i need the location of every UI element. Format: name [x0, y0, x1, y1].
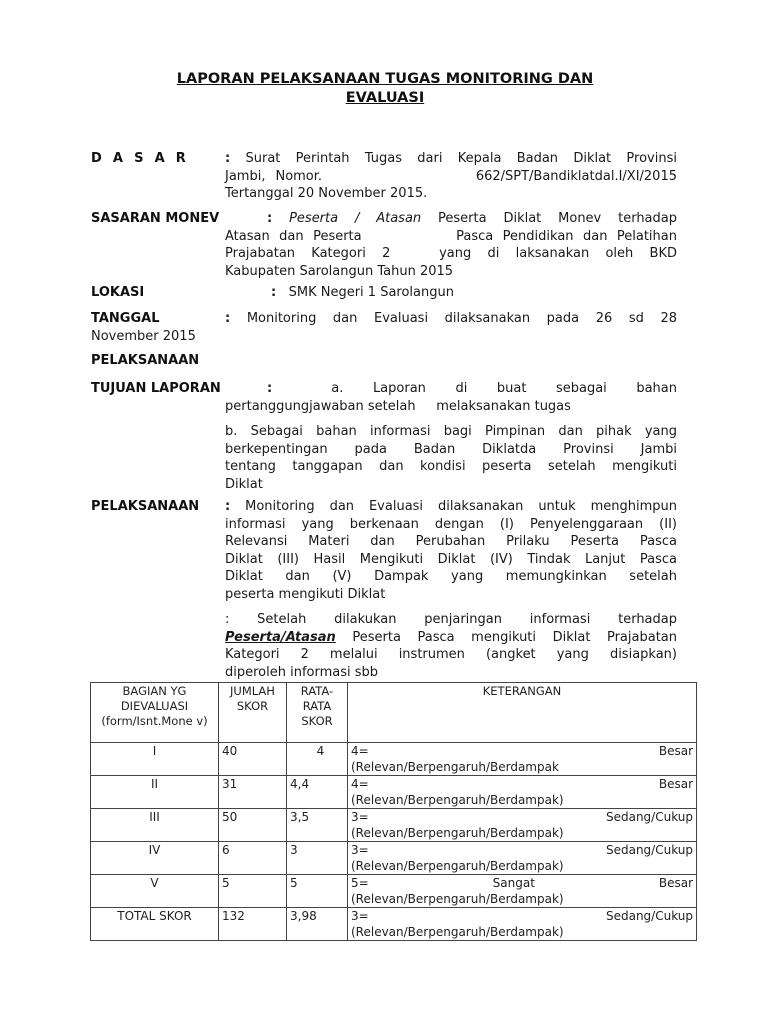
- table-row: III503,53=Sedang/Cukup(Relevan/Berpengar…: [91, 809, 697, 842]
- colon: :: [267, 211, 272, 226]
- tanggal-line-1: Monitoring dan Evaluasi dilaksanakan pad…: [247, 311, 677, 326]
- evaluation-score-table: BAGIAN YG DIEVALUASI (form/Isnt.Mone v) …: [90, 682, 697, 941]
- keterangan-line-2: (Relevan/Berpengaruh/Berdampak): [351, 925, 693, 941]
- document-title: LAPORAN PELAKSANAAN TUGAS MONITORING DAN…: [90, 70, 680, 108]
- keterangan-score: 4=: [351, 744, 369, 760]
- dasar-line-3: Tertanggal 20 November 2015.: [225, 185, 677, 203]
- tujuan-b-line-3: tentang tanggapan dan kondisi peserta se…: [225, 458, 677, 476]
- section-sasaran-monev: SASARAN MONEV : Peserta / Atasan Peserta…: [91, 210, 677, 280]
- cell-jumlah-skor: 31: [219, 776, 287, 809]
- keterangan-line-1: 5=SangatBesar: [351, 876, 693, 892]
- keterangan-line-2: (Relevan/Berpengaruh/Berdampak): [351, 793, 693, 809]
- sasaran-line-3: Prajabatan Kategori 2 yang di laksanakan…: [225, 245, 677, 263]
- cell-bagian: I: [91, 743, 219, 776]
- table-row: V555=SangatBesar(Relevan/Berpengaruh/Ber…: [91, 875, 697, 908]
- section-tanggal: TANGGAL : Monitoring dan Evaluasi dilaks…: [91, 310, 677, 346]
- header-bagian: BAGIAN YG DIEVALUASI (form/Isnt.Mone v): [91, 683, 219, 743]
- document-page: LAPORAN PELAKSANAAN TUGAS MONITORING DAN…: [0, 0, 768, 1024]
- keterangan-line-1: 4=Besar: [351, 744, 693, 760]
- label-sasaran-monev: SASARAN MONEV: [91, 210, 219, 228]
- tujuan-b-line-4: Diklat: [225, 476, 677, 494]
- table-header-row: BAGIAN YG DIEVALUASI (form/Isnt.Mone v) …: [91, 683, 697, 743]
- lokasi-value: SMK Negeri 1 Sarolangun: [289, 285, 454, 300]
- section-pelaksanaan-heading: PELAKSANAAN: [91, 352, 677, 372]
- keterangan-level: Sedang/Cukup: [606, 909, 693, 925]
- label-lokasi: LOKASI: [91, 284, 144, 302]
- cell-rata-rata-skor: 3,5: [287, 809, 348, 842]
- label-pelaksanaan: PELAKSANAAN: [91, 498, 199, 516]
- pelaksanaan-p2-line-4: diperoleh informasi sbb: [225, 664, 677, 682]
- cell-bagian: V: [91, 875, 219, 908]
- cell-jumlah-skor: 6: [219, 842, 287, 875]
- title-line-1: LAPORAN PELAKSANAAN TUGAS MONITORING DAN: [90, 70, 680, 89]
- keterangan-line-2: (Relevan/Berpengaruh/Berdampak): [351, 859, 693, 875]
- section-tujuan-laporan: TUJUAN LAPORAN : a. Laporan di buat seba…: [91, 380, 677, 490]
- section-lokasi: LOKASI : SMK Negeri 1 Sarolangun: [91, 284, 677, 304]
- colon: :: [225, 499, 230, 514]
- tanggal-line-2: November 2015: [91, 328, 196, 346]
- label-tujuan-laporan: TUJUAN LAPORAN: [91, 380, 221, 398]
- table-row: I4044=Besar(Relevan/Berpengaruh/Berdampa…: [91, 743, 697, 776]
- keterangan-level: Sedang/Cukup: [606, 810, 693, 826]
- colon: :: [225, 151, 230, 166]
- keterangan-line-1: 3=Sedang/Cukup: [351, 843, 693, 859]
- pelaksanaan-line-6: peserta mengikuti Diklat: [225, 586, 677, 604]
- cell-jumlah-skor: 132: [219, 908, 287, 941]
- cell-rata-rata-skor: 3: [287, 842, 348, 875]
- cell-rata-rata-skor: 3,98: [287, 908, 348, 941]
- keterangan-line-2: (Relevan/Berpengaruh/Berdampak): [351, 892, 693, 908]
- cell-keterangan: 3=Sedang/Cukup(Relevan/Berpengaruh/Berda…: [348, 842, 697, 875]
- pelaksanaan-line-5: Diklat dan (V) Dampak yang memungkinkan …: [225, 568, 677, 586]
- dasar-nomor: 662/SPT/Bandiklatdal.I/XI/2015: [476, 168, 677, 186]
- cell-keterangan: 5=SangatBesar(Relevan/Berpengaruh/Berdam…: [348, 875, 697, 908]
- pelaksanaan-p2-line-1: : Setelah dilakukan penjaringan informas…: [225, 611, 677, 629]
- content-pelaksanaan: : Monitoring dan Evaluasi dilaksanakan u…: [225, 498, 677, 681]
- keterangan-line-2: (Relevan/Berpengaruh/Berdampak: [351, 760, 693, 776]
- colon: :: [267, 381, 272, 396]
- title-line-2: EVALUASI: [90, 89, 680, 108]
- header-keterangan: KETERANGAN: [348, 683, 697, 743]
- content-lokasi: : SMK Negeri 1 Sarolangun: [271, 284, 677, 302]
- keterangan-level: Besar: [659, 777, 693, 793]
- pelaksanaan-line-1: Monitoring dan Evaluasi dilaksanakan unt…: [245, 499, 677, 514]
- content-tanggal: : Monitoring dan Evaluasi dilaksanakan p…: [225, 310, 677, 328]
- cell-rata-rata-skor: 4: [287, 743, 348, 776]
- peserta-atasan-emphasis: Peserta/Atasan: [225, 630, 336, 645]
- keterangan-qualifier: Sangat: [493, 876, 535, 892]
- tujuan-b-line-2: berkepentingan pada Badan Diklatda Provi…: [225, 441, 677, 459]
- cell-rata-rata-skor: 4,4: [287, 776, 348, 809]
- colon: :: [271, 285, 276, 300]
- tujuan-a-line-1: a. Laporan di buat sebagai bahan: [331, 381, 677, 396]
- cell-rata-rata-skor: 5: [287, 875, 348, 908]
- pelaksanaan-p2-line-2: Peserta Pasca mengikuti Diklat Prajabata…: [352, 630, 677, 645]
- keterangan-line-1: 3=Sedang/Cukup: [351, 810, 693, 826]
- keterangan-score: 3=: [351, 909, 369, 925]
- dasar-line-2b: Nomor.: [275, 168, 322, 186]
- cell-bagian: IV: [91, 842, 219, 875]
- cell-bagian: TOTAL SKOR: [91, 908, 219, 941]
- colon: :: [225, 311, 230, 326]
- keterangan-line-2: (Relevan/Berpengaruh/Berdampak): [351, 826, 693, 842]
- label-dasar: D A S A R: [91, 150, 189, 168]
- content-tujuan: : a. Laporan di buat sebagai bahan perta…: [225, 380, 677, 493]
- sasaran-line-4: Kabupaten Sarolangun Tahun 2015: [225, 263, 677, 281]
- cell-keterangan: 3=Sedang/Cukup(Relevan/Berpengaruh/Berda…: [348, 908, 697, 941]
- keterangan-level: Besar: [659, 744, 693, 760]
- dasar-line-1: Surat Perintah Tugas dari Kepala Badan D…: [245, 151, 677, 166]
- sasaran-line-2: Atasan dan Peserta Pasca Pendidikan dan …: [225, 228, 677, 246]
- keterangan-score: 3=: [351, 843, 369, 859]
- table-row: IV633=Sedang/Cukup(Relevan/Berpengaruh/B…: [91, 842, 697, 875]
- label-pelaksanaan-heading: PELAKSANAAN: [91, 352, 199, 370]
- pelaksanaan-line-3: Relevansi Materi dan Perubahan Prilaku P…: [225, 533, 677, 551]
- keterangan-score: 5=: [351, 876, 369, 892]
- cell-keterangan: 3=Sedang/Cukup(Relevan/Berpengaruh/Berda…: [348, 809, 697, 842]
- table-row: TOTAL SKOR1323,983=Sedang/Cukup(Relevan/…: [91, 908, 697, 941]
- keterangan-level: Sedang/Cukup: [606, 843, 693, 859]
- cell-jumlah-skor: 5: [219, 875, 287, 908]
- keterangan-score: 3=: [351, 810, 369, 826]
- section-dasar: D A S A R : Surat Perintah Tugas dari Ke…: [91, 150, 677, 204]
- sasaran-italic: Peserta / Atasan: [289, 211, 421, 226]
- section-pelaksanaan: PELAKSANAAN : Monitoring dan Evaluasi di…: [91, 498, 677, 678]
- keterangan-line-1: 4=Besar: [351, 777, 693, 793]
- keterangan-score: 4=: [351, 777, 369, 793]
- cell-keterangan: 4=Besar(Relevan/Berpengaruh/Berdampak: [348, 743, 697, 776]
- header-rata-rata-skor: RATA-RATA SKOR: [287, 683, 348, 743]
- table-row: II314,44=Besar(Relevan/Berpengaruh/Berda…: [91, 776, 697, 809]
- pelaksanaan-p2-line-3: Kategori 2 melalui instrumen (angket yan…: [225, 646, 677, 664]
- cell-jumlah-skor: 50: [219, 809, 287, 842]
- cell-bagian: II: [91, 776, 219, 809]
- cell-jumlah-skor: 40: [219, 743, 287, 776]
- dasar-line-2a: Jambi,: [225, 168, 265, 186]
- cell-keterangan: 4=Besar(Relevan/Berpengaruh/Berdampak): [348, 776, 697, 809]
- sasaran-line-1: Peserta Diklat Monev terhadap: [438, 211, 677, 226]
- tujuan-b-line-1: b. Sebagai bahan informasi bagi Pimpinan…: [225, 423, 677, 441]
- keterangan-level: Besar: [659, 876, 693, 892]
- keterangan-line-1: 3=Sedang/Cukup: [351, 909, 693, 925]
- label-tanggal: TANGGAL: [91, 310, 160, 328]
- tujuan-a-line-2: pertanggungjawaban setelah melaksanakan …: [225, 398, 677, 416]
- pelaksanaan-line-2: informasi yang berkenaan dengan (I) Peny…: [225, 516, 677, 534]
- content-sasaran: : Peserta / Atasan Peserta Diklat Monev …: [225, 210, 677, 280]
- pelaksanaan-line-4: Diklat (III) Hasil Mengikuti Diklat (IV)…: [225, 551, 677, 569]
- cell-bagian: III: [91, 809, 219, 842]
- content-dasar: : Surat Perintah Tugas dari Kepala Badan…: [225, 150, 677, 203]
- header-jumlah-skor: JUMLAH SKOR: [219, 683, 287, 743]
